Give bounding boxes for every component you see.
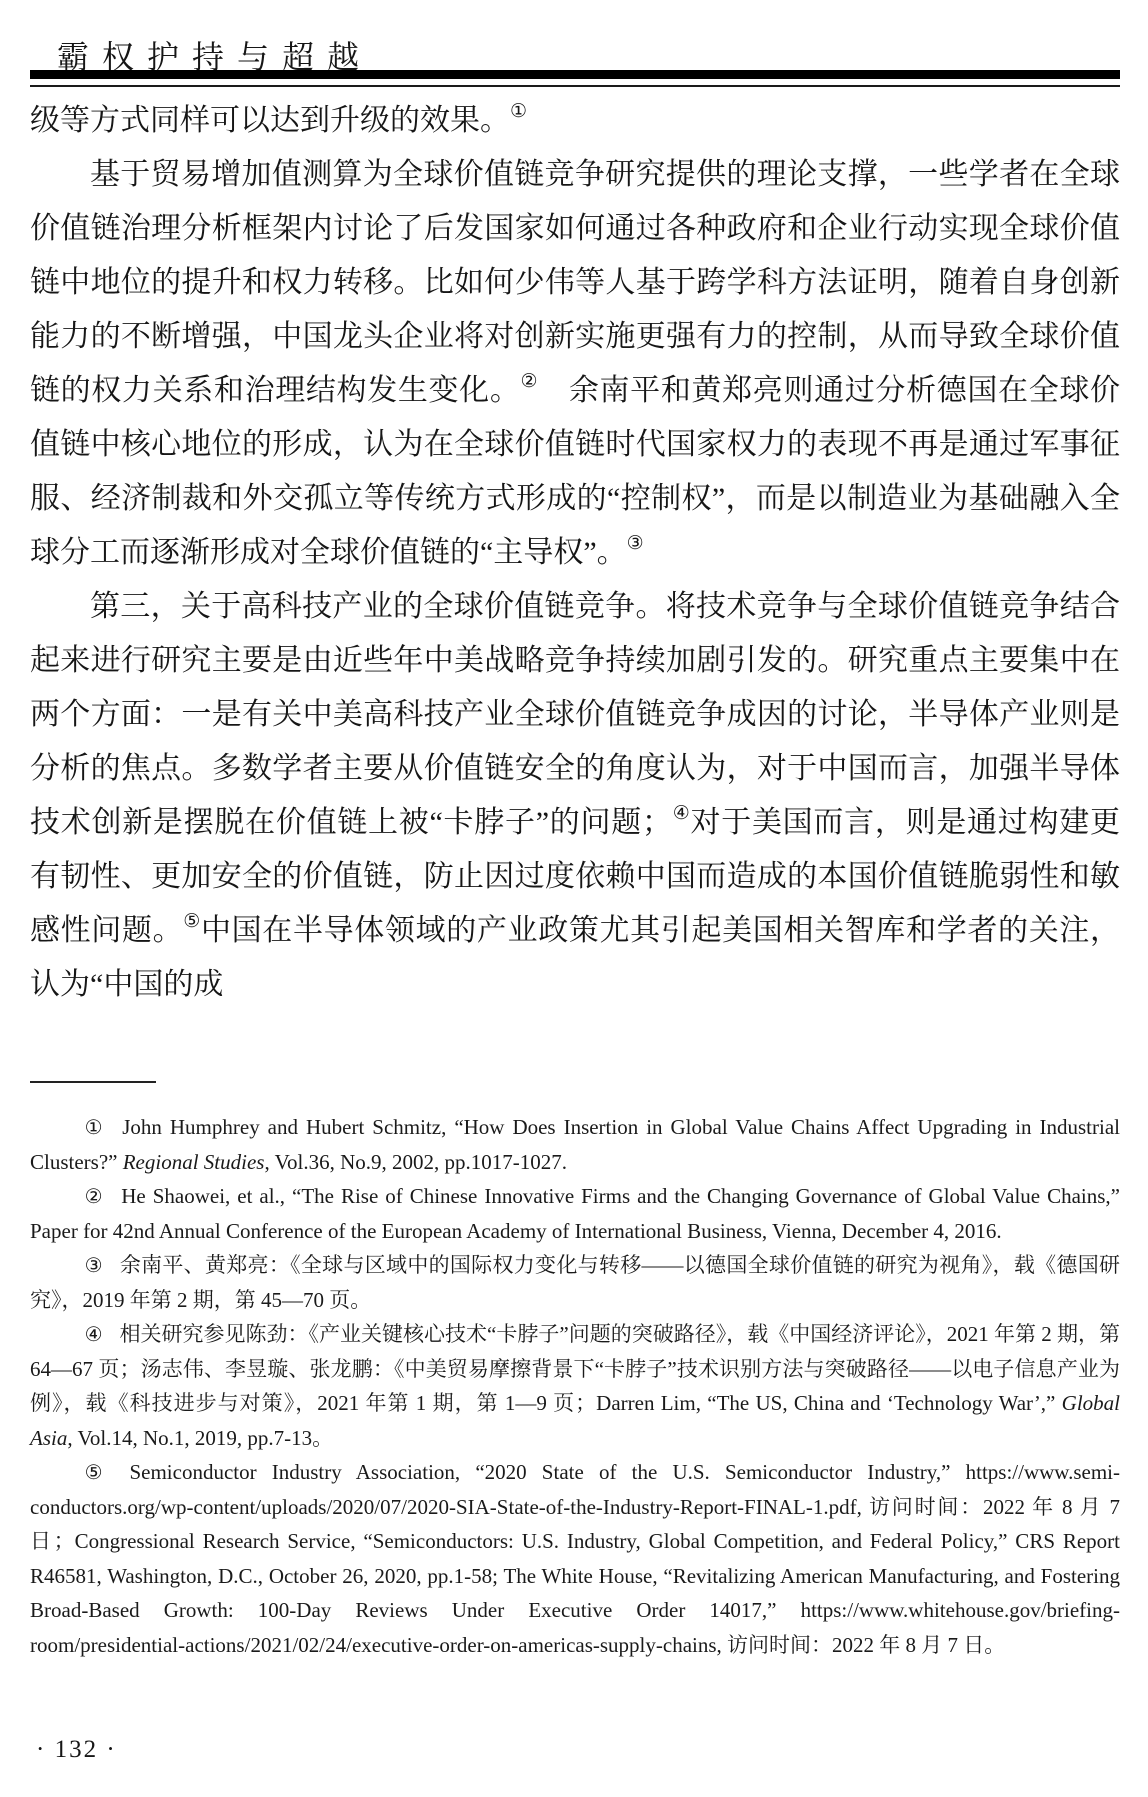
- footnote-ref-1: ①: [510, 100, 527, 122]
- body-run: 级等方式同样可以达到升级的效果。: [30, 104, 510, 137]
- footnote-4: ④相关研究参见陈劲：《产业关键核心技术“卡脖子”问题的突破路径》，载《中国经济评…: [30, 1317, 1120, 1455]
- page-number: · 132 ·: [36, 1736, 117, 1764]
- footnote-marker-4: ④: [85, 1322, 103, 1346]
- footnote-text: Semiconductor Industry Association, “202…: [30, 1460, 1120, 1657]
- footnote-ref-3: ③: [627, 532, 644, 554]
- footnote-ref-4: ④: [672, 802, 691, 824]
- footnote-text: He Shaowei, et al., “The Rise of Chinese…: [30, 1184, 1120, 1243]
- body-run: 基于贸易增加值测算为全球价值链竞争研究提供的理论支撑，一些学者在全球价值链治理分…: [30, 158, 1120, 407]
- paragraph-3: 第三，关于高科技产业的全球价值链竞争。将技术竞争与全球价值链竞争结合起来进行研究…: [30, 580, 1120, 1012]
- footnote-marker-1: ①: [85, 1115, 106, 1139]
- footnote-5: ⑤Semiconductor Industry Association, “20…: [30, 1455, 1120, 1662]
- footnote-ref-2: ②: [521, 370, 539, 392]
- header-rule-thin: [30, 85, 1120, 87]
- body-run: 第三，关于高科技产业的全球价值链竞争。将技术竞争与全球价值链竞争结合起来进行研究…: [30, 590, 1120, 839]
- footnote-marker-5: ⑤: [85, 1460, 113, 1484]
- footnote-text: 相关研究参见陈劲：《产业关键核心技术“卡脖子”问题的突破路径》，载《中国经济评论…: [30, 1322, 1120, 1415]
- footnote-marker-2: ②: [85, 1184, 105, 1208]
- footnote-1: ①John Humphrey and Hubert Schmitz, “How …: [30, 1110, 1120, 1179]
- footnote-ref-5: ⑤: [183, 910, 201, 932]
- footnote-text: 余南平、黄郑亮：《全球与区域中的国际权力变化与转移——以德国全球价值链的研究为视…: [30, 1253, 1120, 1312]
- footnote-3: ③余南平、黄郑亮：《全球与区域中的国际权力变化与转移——以德国全球价值链的研究为…: [30, 1248, 1120, 1317]
- footnote-marker-3: ③: [85, 1253, 103, 1277]
- book-page: 霸权护持与超越 级等方式同样可以达到升级的效果。① 基于贸易增加值测算为全球价值…: [0, 0, 1148, 1797]
- paragraph-1: 级等方式同样可以达到升级的效果。①: [30, 94, 1120, 148]
- paragraph-2: 基于贸易增加值测算为全球价值链竞争研究提供的理论支撑，一些学者在全球价值链治理分…: [30, 148, 1120, 580]
- footnote-separator: [30, 1081, 156, 1083]
- journal-title: Regional Studies: [123, 1150, 265, 1174]
- footnotes: ①John Humphrey and Hubert Schmitz, “How …: [30, 1110, 1120, 1662]
- footnote-text: , Vol.36, No.9, 2002, pp.1017-1027.: [264, 1150, 567, 1174]
- footnote-text: , Vol.14, No.1, 2019, pp.7-13。: [67, 1426, 333, 1450]
- header-rule-thick: [30, 70, 1120, 79]
- main-text: 级等方式同样可以达到升级的效果。① 基于贸易增加值测算为全球价值链竞争研究提供的…: [30, 94, 1120, 1012]
- footnote-2: ②He Shaowei, et al., “The Rise of Chines…: [30, 1179, 1120, 1248]
